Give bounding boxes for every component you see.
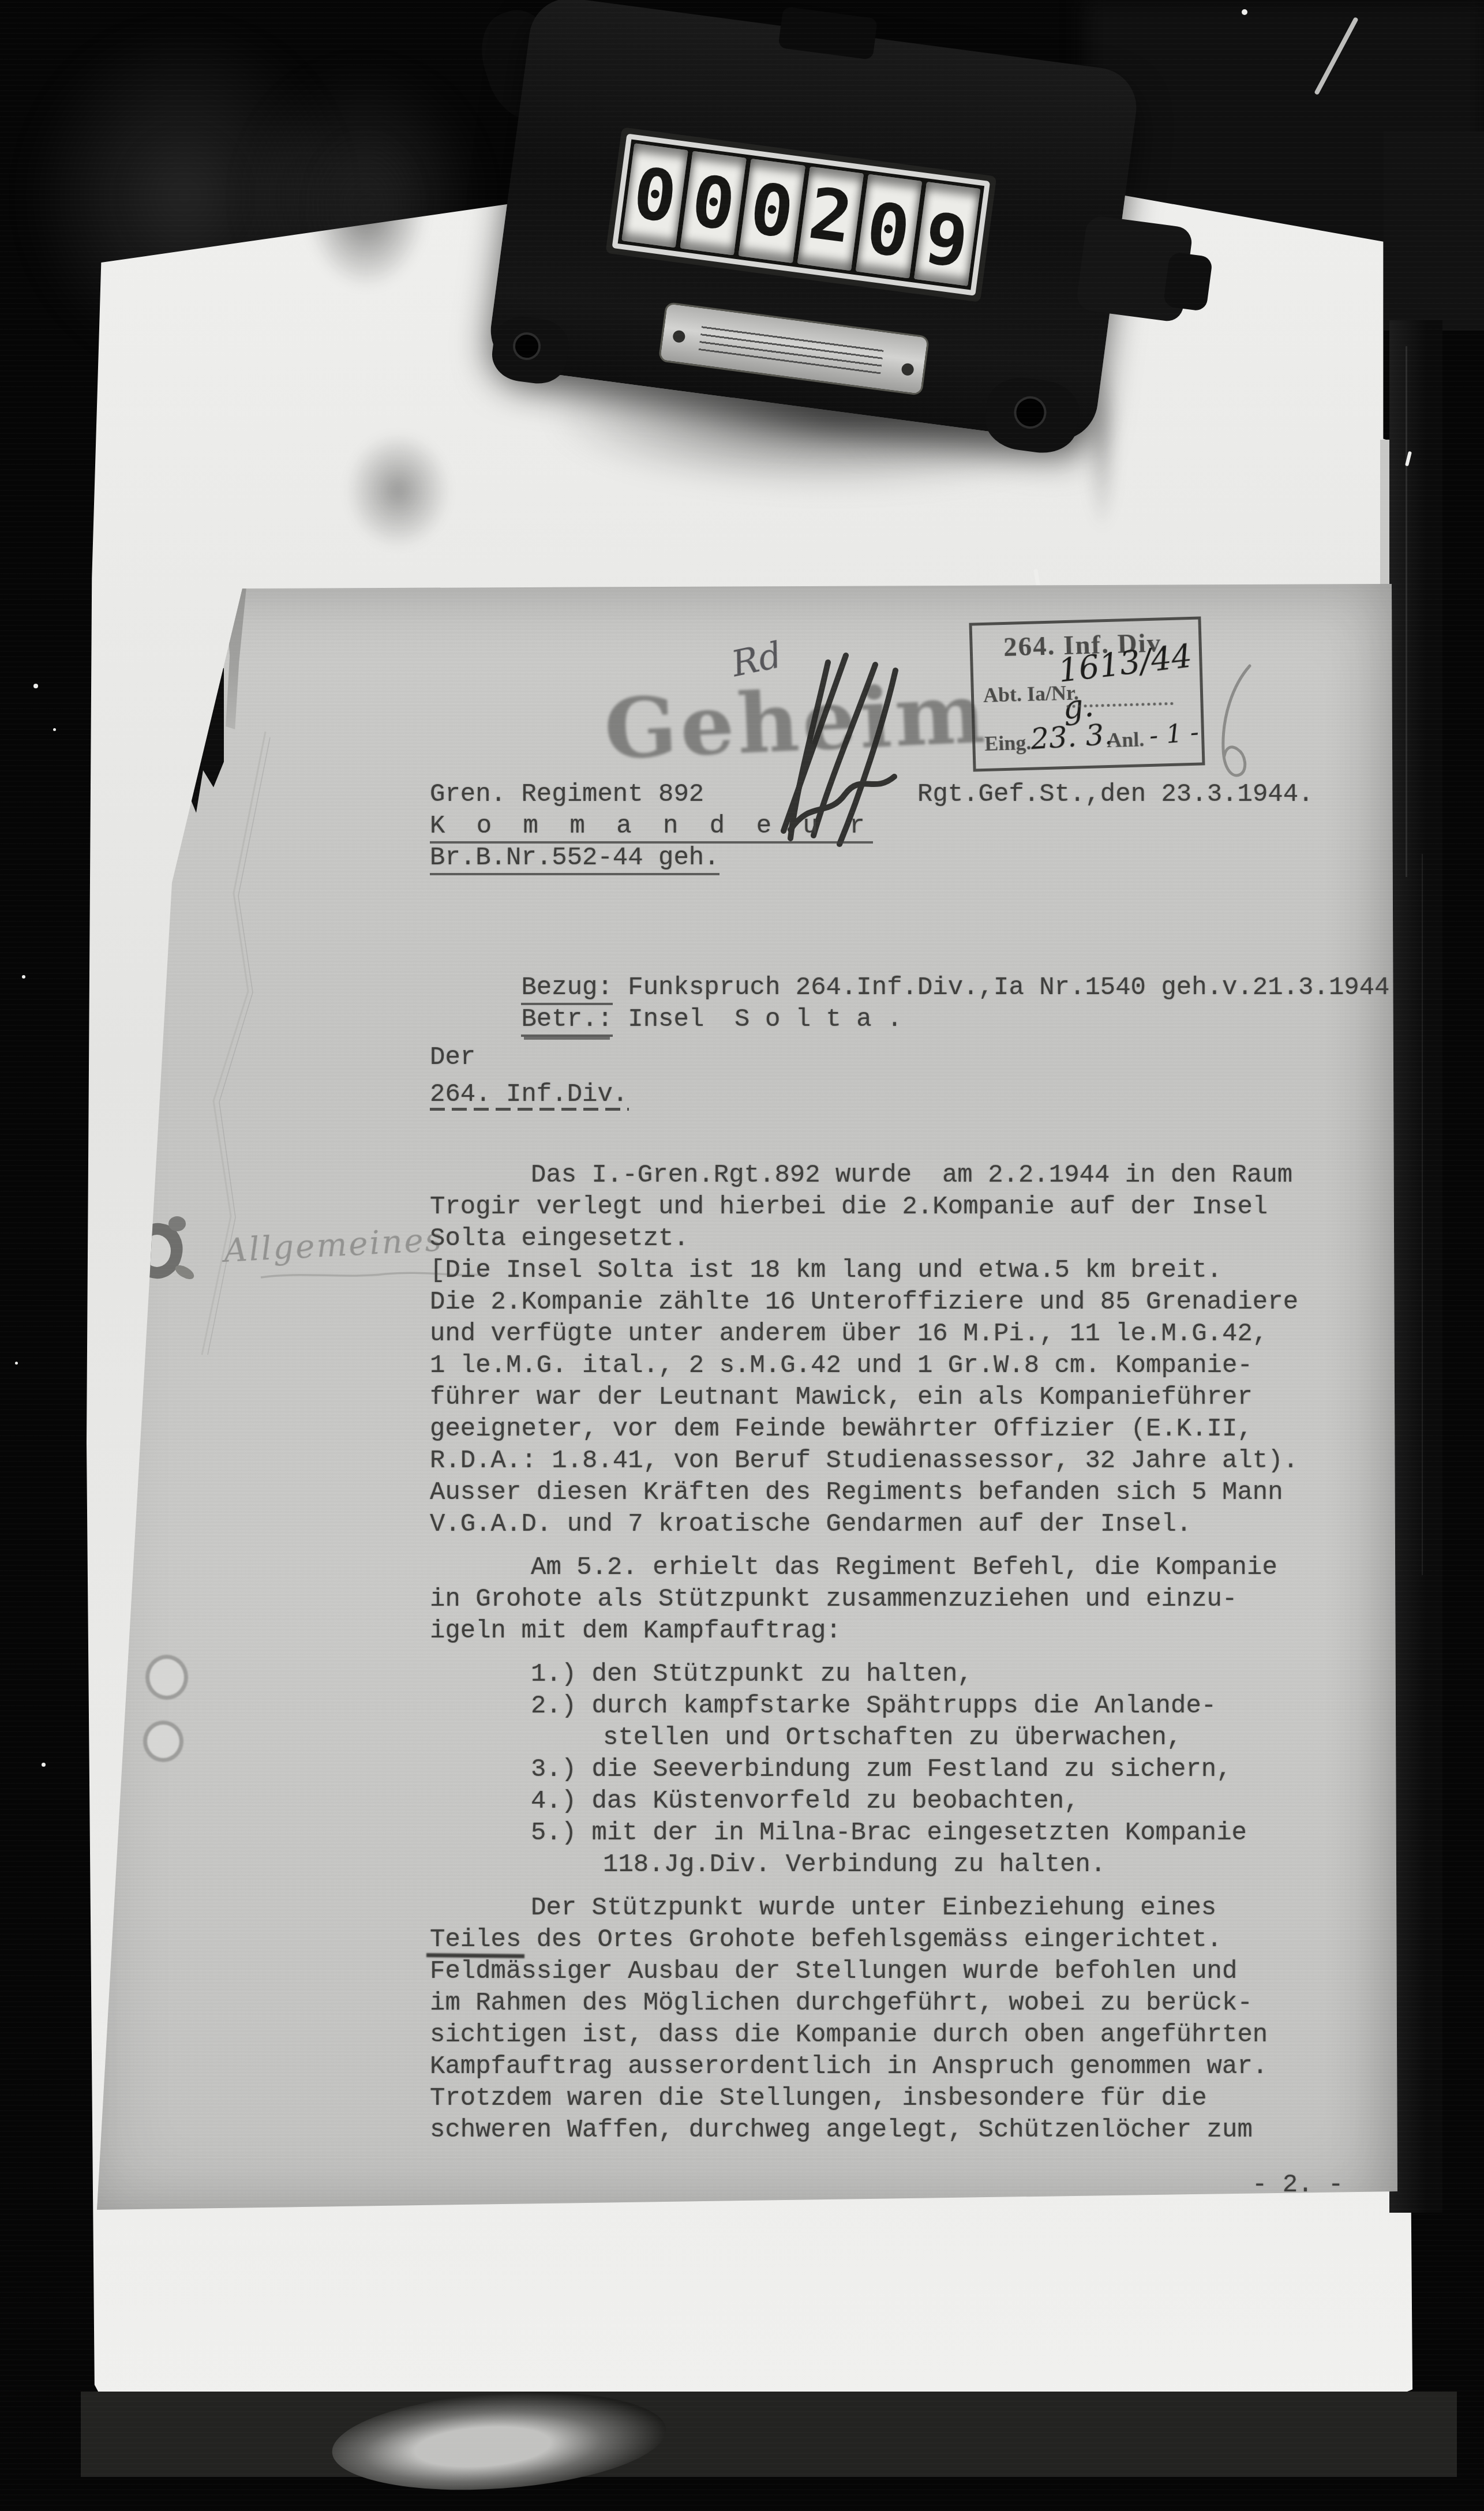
body-line: 5.) mit der in Milna-Brac eingesetzten K… [430,1817,1411,1849]
body-line: 2.) durch kampfstarke Spähtrupps die Anl… [430,1691,1411,1722]
counter-digit: 9 [914,182,981,286]
letterhead-ref-number: Br.B.Nr.552-44 geh. [430,844,719,875]
body-line: Teiles des Ortes Grohote befehlsgemäss e… [430,1924,1411,1956]
film-speck [42,1763,46,1767]
betr-label: Betr.: [521,1005,612,1037]
counter-knob [1163,252,1213,312]
body-line: stellen und Ortschaften zu überwachen, [430,1722,1411,1754]
body-text: Das I.-Gren.Rgt.892 wurde am 2.2.1944 in… [430,1160,1411,2146]
microfilm-frame: 000209 Geheim Rd [0,0,1484,2511]
body-line: Ausser diesen Kräften des Regiments befa… [430,1477,1411,1509]
dateline: Rgt.Gef.St.,den 23.3.1944. [917,779,1314,811]
film-speck [15,1362,18,1365]
body-line [430,1541,1411,1552]
body-line: Am 5.2. erhielt das Regiment Befehl, die… [430,1552,1411,1584]
punch-hole [143,1721,183,1762]
letterhead-role: K o m m a n d e u r [430,812,873,844]
bottom-film-band [81,2392,1457,2477]
body-line: [Die Insel Solta ist 18 km lang und etwa… [430,1255,1411,1287]
body-line: und verfügte unter anderem über 16 M.Pi.… [430,1318,1411,1350]
body-line: igeln mit dem Kampfauftrag: [430,1616,1411,1647]
stamp-enclosure-label: Anl. [1107,727,1145,752]
film-speck [53,728,56,731]
body-line: 118.Jg.Div. Verbindung zu halten. [430,1849,1411,1881]
body-line: geeigneter, vor dem Feinde bewährter Off… [430,1414,1411,1445]
stamp-enclosure-value-handwritten: - 1 - [1148,717,1200,751]
body-line: 3.) die Seeverbindung zum Festland zu si… [430,1754,1411,1786]
counter-digit: 0 [680,151,747,256]
film-speck [1242,9,1247,15]
stamp-received-value-handwritten: 23. 3. [1029,717,1114,756]
counter-digit: 2 [797,166,864,271]
film-scratch [1406,346,1407,877]
counter-digit: 0 [856,174,923,279]
dashed-underline [430,1108,629,1111]
body-line: im Rahmen des Möglichen durchgeführt, wo… [430,1988,1411,2019]
body-line: schweren Waffen, durchweg angelegt, Schü… [430,2115,1411,2146]
division-receipt-stamp: 264. Inf. Div. Abt. Ia/Nr. 1613/44 g. Ei… [969,616,1205,771]
punch-hole [145,1655,188,1700]
body-line: Das I.-Gren.Rgt.892 wurde am 2.2.1944 in… [430,1160,1411,1191]
body-line [430,1881,1411,1892]
betr-text: Insel S o l t a . [613,1005,902,1034]
body-line: Kampfauftrag ausserordentlich in Anspruc… [430,2051,1411,2083]
body-line: in Grohote als Stützpunkt zusammenzuzieh… [430,1584,1411,1616]
body-line: 1 le.M.G. ital., 2 s.M.G.42 und 1 Gr.W.8… [430,1350,1411,1382]
film-edge-dark [1389,320,1442,2213]
film-edge-dark [1384,132,1484,331]
body-line: Solta eingesetzt. [430,1223,1411,1255]
film-speck [33,684,38,688]
stamp-dept-value-handwritten: 1613/44 g. [1056,636,1204,727]
body-line: 1.) den Stützpunkt zu halten, [430,1659,1411,1691]
address-line2: 264. Inf.Div. [430,1079,628,1111]
document-page: Geheim Rd 264. Inf. Div. Abt. Ia/Nr. 161… [92,582,1402,2216]
film-speck [22,975,25,979]
body-line: R.D.A.: 1.8.41, von Beruf Studienassesso… [430,1445,1411,1477]
body-line: Trogir verlegt und hierbei die 2.Kompani… [430,1191,1411,1223]
body-line: führer war der Leutnant Mawick, ein als … [430,1382,1411,1414]
body-line: Die 2.Kompanie zählte 16 Unteroffiziere … [430,1287,1411,1318]
body-line: Der Stützpunkt wurde unter Einbeziehung … [430,1892,1411,1924]
counter-digit: 0 [621,143,688,248]
body-line: Trotzdem waren die Stellungen, insbesond… [430,2083,1411,2115]
letterhead-unit: Gren. Regiment 892 [430,779,704,811]
body-line: sichtigen ist, dass die Kompanie durch o… [430,2019,1411,2051]
ink-blot-splash [173,1262,196,1282]
stamp-received-label: Eing. [984,730,1032,756]
address-line1: Der [430,1042,475,1074]
body-line: 4.) das Küstenvorfeld zu beobachten, [430,1786,1411,1817]
body-line [430,1647,1411,1659]
ink-blot-splash [168,1216,186,1231]
counter-digit: 0 [739,159,805,263]
pencil-flourish-icon [1205,662,1262,786]
body-line: Feldmässiger Ausbau der Stellungen wurde… [430,1956,1411,1988]
body-line: V.G.A.D. und 7 kroatische Gendarmen auf … [430,1509,1411,1541]
film-scratch [1422,854,1423,1575]
